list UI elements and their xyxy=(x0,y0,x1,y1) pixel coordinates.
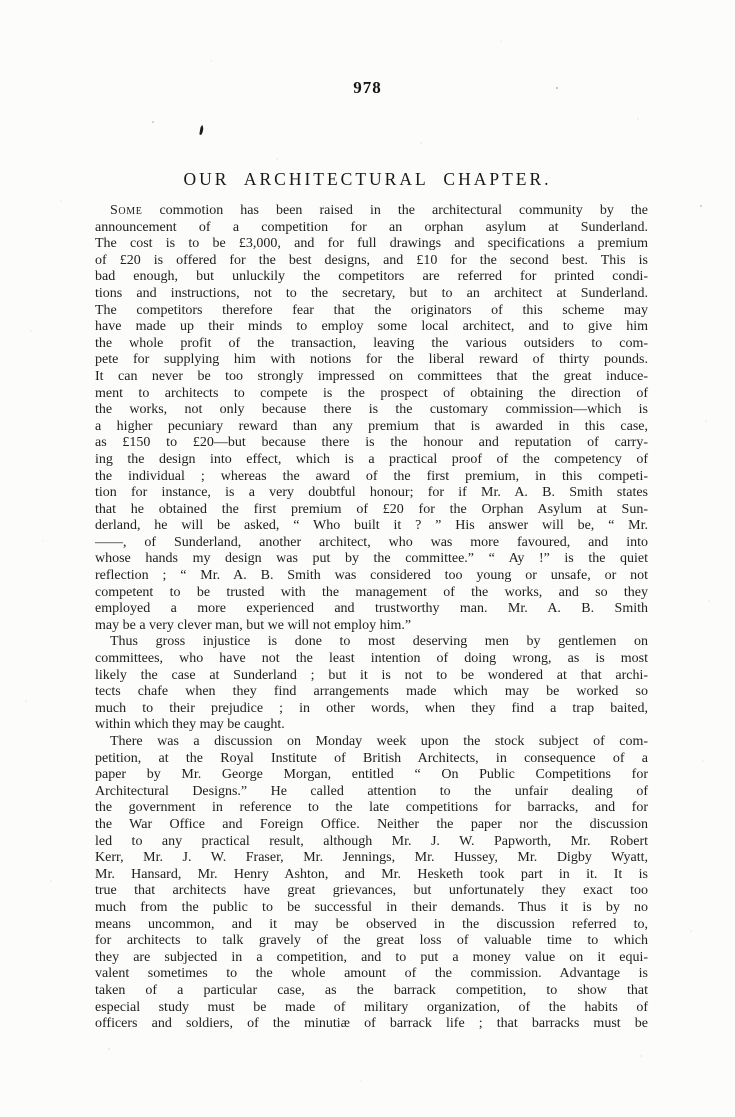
ink-blemish-mark xyxy=(199,126,204,135)
text-line: taken of a particular case, as the barra… xyxy=(95,983,648,1000)
text-line: The cost is to be £3,000, and for full d… xyxy=(95,236,648,253)
text-line: tion for instance, is a very doubtful ho… xyxy=(95,485,648,502)
text-line: ing the design into effect, which is a p… xyxy=(95,452,648,469)
page-number: 978 xyxy=(0,78,735,98)
text-line: means uncommon, and it may be observed i… xyxy=(95,917,648,934)
text-block: Some commotion has been raised in the ar… xyxy=(95,203,648,1033)
text-line: have made up their minds to employ some … xyxy=(95,319,648,336)
text-line: reflection ; “ Mr. A. B. Smith was consi… xyxy=(95,568,648,585)
text-line: The competitors therefore fear that the … xyxy=(95,303,648,320)
text-line: Architectural Designs.” He called attent… xyxy=(95,784,648,801)
paragraph: Thus gross injustice is done to most des… xyxy=(95,634,648,734)
text-line: pete for supplying him with notions for … xyxy=(95,352,648,369)
text-line: Some commotion has been raised in the ar… xyxy=(95,203,648,220)
text-line: employed a more experienced and trustwor… xyxy=(95,601,648,618)
text-line: within which they may be caught. xyxy=(95,717,648,734)
text-line: much from the public to be successful in… xyxy=(95,900,648,917)
text-line: whose hands my design was put by the com… xyxy=(95,551,648,568)
text-line: Mr. Hansard, Mr. Henry Ashton, and Mr. H… xyxy=(95,867,648,884)
text-line: for architects to talk gravely of the gr… xyxy=(95,933,648,950)
text-line: likely the case at Sunderland ; but it i… xyxy=(95,668,648,685)
text-line: tects chafe when they find arrangements … xyxy=(95,684,648,701)
text-line: the works, not only because there is the… xyxy=(95,402,648,419)
text-line: Kerr, Mr. J. W. Fraser, Mr. Jennings, Mr… xyxy=(95,850,648,867)
text-line: they are subjected in a competition, and… xyxy=(95,950,648,967)
text-line: led to any practical result, although Mr… xyxy=(95,834,648,851)
text-line: Thus gross injustice is done to most des… xyxy=(95,634,648,651)
text-line: true that architects have great grievanc… xyxy=(95,883,648,900)
text-line: officers and soldiers, of the minutiæ of… xyxy=(95,1016,648,1033)
text-line: It can never be too strongly impressed o… xyxy=(95,369,648,386)
text-line: derland, he will be asked, “ Who built i… xyxy=(95,518,648,535)
text-line: valent sometimes to the whole amount of … xyxy=(95,966,648,983)
text-line: committees, who have not the least inten… xyxy=(95,651,648,668)
text-line: that he obtained the first premium of £2… xyxy=(95,502,648,519)
text-line: a higher pecuniary reward than any premi… xyxy=(95,419,648,436)
text-line: the War Office and Foreign Office. Neith… xyxy=(95,817,648,834)
text-line: paper by Mr. George Morgan, entitled “ O… xyxy=(95,767,648,784)
text-line: ——, of Sunderland, another architect, wh… xyxy=(95,535,648,552)
text-line: bad enough, but unluckily the competitor… xyxy=(95,269,648,286)
text-line: competent to be trusted with the managem… xyxy=(95,585,648,602)
lead-word: Some xyxy=(110,203,142,218)
scanned-page: 978 OUR ARCHITECTURAL CHAPTER. Some comm… xyxy=(0,0,735,1117)
text-line: tions and instructions, not to the secre… xyxy=(95,286,648,303)
text-line: announcement of a competition for an orp… xyxy=(95,220,648,237)
text-line: of £20 is offered for the best designs, … xyxy=(95,253,648,270)
text-line: There was a discussion on Monday week up… xyxy=(95,734,648,751)
text-line: the whole profit of the transaction, lea… xyxy=(95,336,648,353)
paragraph: There was a discussion on Monday week up… xyxy=(95,734,648,1033)
text-line: may be a very clever man, but we will no… xyxy=(95,618,648,635)
text-line: especial study must be made of military … xyxy=(95,1000,648,1017)
text-line: as £150 to £20—but because there is the … xyxy=(95,435,648,452)
paragraph: Some commotion has been raised in the ar… xyxy=(95,203,648,634)
text-line: much to their prejudice ; in other words… xyxy=(95,701,648,718)
paper-speckle-noise xyxy=(0,0,2,2)
text-line: ment to architects to compete is the pro… xyxy=(95,386,648,403)
text-line: petition, at the Royal Institute of Brit… xyxy=(95,751,648,768)
article-heading: OUR ARCHITECTURAL CHAPTER. xyxy=(0,169,735,190)
text-line: the individual ; whereas the award of th… xyxy=(95,469,648,486)
text-line: the government in reference to the late … xyxy=(95,800,648,817)
